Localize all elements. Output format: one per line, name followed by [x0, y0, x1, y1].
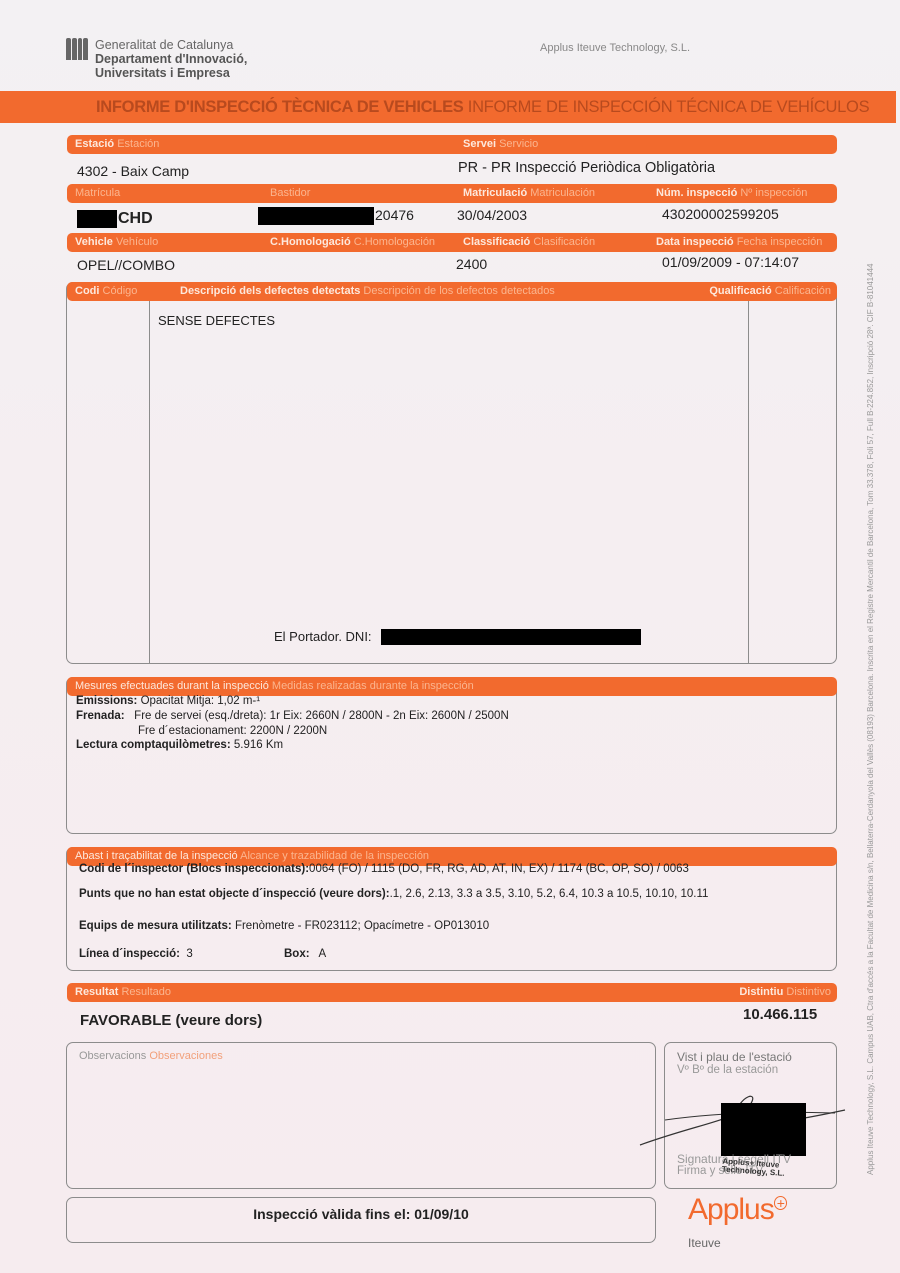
scope-label: Abast i traçabilitat de la inspecció [75, 850, 238, 862]
measurements-label-es: Medidas realizadas durante la inspección [272, 680, 474, 692]
plate-value: CHD [118, 210, 153, 228]
approval-line-1: Vist i plau de l'estació [677, 1050, 792, 1064]
badge-label: Distintiu [739, 986, 783, 998]
inspector-row: Codi de l´inspector (Blocs inspeccionats… [79, 863, 689, 875]
generalitat-logo-icon [66, 38, 88, 60]
vehicle-label-es: Vehículo [116, 236, 158, 248]
station-value: 4302 - Baix Camp [77, 163, 189, 179]
result-label-es: Resultado [121, 986, 171, 998]
plate-redaction [77, 210, 117, 228]
result-value: FAVORABLE (veure dors) [80, 1012, 262, 1029]
defects-box [66, 282, 837, 664]
vehicle-info-header: Vehicle Vehículo C.Homologació C.Homolog… [67, 233, 837, 252]
legal-notice-vertical: Applus Iteuve Technology, S.L. Campus UA… [866, 264, 875, 1175]
signature-redaction [721, 1103, 806, 1156]
description-label: Descripció dels defectes detectats [180, 285, 360, 297]
chassis-label: Bastidor [270, 187, 310, 199]
observations-box [66, 1042, 656, 1189]
not-inspected-value: .1, 2.6, 2.13, 3.3 a 3.5, 3.10, 5.2, 6.4… [390, 888, 709, 900]
chassis-value: 20476 [375, 207, 414, 223]
registration-value: 30/04/2003 [457, 207, 527, 223]
box-row: Box: A [284, 948, 326, 960]
service-label-es: Servicio [499, 138, 538, 150]
code-label: Codi [75, 285, 99, 297]
equipment-label: Equips de mesura utilitzats: [79, 920, 232, 932]
emissions-label: Emissions: [76, 695, 137, 707]
description-label-es: Descripción de los defectos detectados [363, 285, 554, 297]
qualification-label-es: Calificación [775, 285, 831, 297]
emissions-row: Emissions: Opacitat Mitja: 1,02 m-¹ [76, 695, 260, 707]
observations-label: Observacions Observaciones [79, 1050, 223, 1062]
classification-value: 2400 [456, 256, 487, 272]
measurements-label: Mesures efectuades durant la inspecció [75, 680, 269, 692]
station-label: Estació [75, 138, 114, 150]
government-department: Generalitat de Catalunya Departament d'I… [95, 38, 247, 80]
bearer-dni-redaction [381, 629, 641, 645]
badge-value: 10.466.115 [743, 1006, 817, 1023]
inspection-report-page: Generalitat de Catalunya Departament d'I… [0, 0, 900, 1273]
box-label: Box: [284, 948, 310, 960]
emissions-value: Opacitat Mitja: 1,02 m-¹ [141, 695, 261, 707]
company-name: Applus Iteuve Technology, S.L. [540, 42, 690, 54]
report-title-band: INFORME D'INSPECCIÓ TÈCNICA DE VEHICLES … [0, 91, 896, 123]
qualification-label: Qualificació [709, 285, 771, 297]
equipment-row: Equips de mesura utilitzats: Frenòmetre … [79, 920, 489, 932]
odometer-value: 5.916 Km [234, 739, 283, 751]
homologation-label: C.Homologació [270, 236, 351, 248]
code-column-divider [149, 301, 150, 664]
not-inspected-row: Punts que no han estat objecte d´inspecc… [79, 888, 708, 900]
inspection-date-label: Data inspecció [656, 236, 734, 248]
vehicle-label: Vehicle [75, 236, 113, 248]
validity-text: Inspecció vàlida fins el: 01/09/10 [66, 1206, 656, 1222]
homologation-label-es: C.Homologación [354, 236, 435, 248]
applus-sub-brand: Iteuve [688, 1236, 721, 1250]
gov-line-1: Generalitat de Catalunya [95, 38, 247, 52]
line-value: 3 [186, 948, 192, 960]
scope-label-es: Alcance y trazabilidad de la inspección [240, 850, 429, 862]
braking-service-value: Fre de servei (esq./dreta): 1r Eix: 2660… [134, 710, 509, 722]
braking-row: Frenada: Fre de servei (esq./dreta): 1r … [76, 710, 509, 722]
registration-label: Matriculació [463, 187, 527, 199]
title-catalan: INFORME D'INSPECCIÓ TÈCNICA DE VEHICLES [96, 98, 463, 116]
line-row: Línea d´inspecció: 3 [79, 948, 193, 960]
registration-label-es: Matriculación [530, 187, 595, 199]
result-label: Resultat [75, 986, 118, 998]
title-spanish: INFORME DE INSPECCIÓN TÉCNICA DE VEHÍCUL… [468, 98, 870, 116]
gov-line-3: Universitats i Empresa [95, 66, 247, 80]
plate-label: Matrícula [75, 187, 120, 199]
equipment-value: Frenòmetre - FR023112; Opacímetre - OP01… [235, 920, 489, 932]
inspector-value: 0064 (FO) / 1115 (DO, FR, RG, AD, AT, IN… [309, 863, 689, 875]
code-label-es: Código [103, 285, 138, 297]
plus-icon: + [774, 1196, 787, 1210]
inspection-number-label-es: Nº inspección [740, 187, 807, 199]
station-service-header: Estació Estación Servei Servicio [67, 135, 837, 154]
measurements-header: Mesures efectuades durant la inspecció M… [67, 677, 837, 696]
vehicle-value: OPEL//COMBO [77, 257, 175, 273]
service-label: Servei [463, 138, 496, 150]
station-label-es: Estación [117, 138, 159, 150]
approval-line-2: Vº Bº de la estación [677, 1064, 778, 1076]
defects-header: Codi Código Descripció dels defectes det… [67, 282, 837, 301]
not-inspected-label: Punts que no han estat objecte d´inspecc… [79, 888, 390, 900]
line-label: Línea d´inspecció: [79, 948, 180, 960]
service-value: PR - PR Inspecció Periòdica Obligatòria [458, 160, 715, 176]
odometer-row: Lectura comptaquilòmetres: 5.916 Km [76, 739, 283, 751]
defects-text: SENSE DEFECTES [158, 313, 275, 328]
chassis-redaction [258, 207, 374, 225]
inspector-label: Codi de l´inspector (Blocs inspeccionats… [79, 863, 309, 875]
applus-logo: Applus+ [688, 1193, 787, 1227]
classification-label-es: Clasificación [533, 236, 595, 248]
inspection-date-value: 01/09/2009 - 07:14:07 [662, 254, 799, 270]
bearer-label: El Portador. DNI: [274, 629, 372, 644]
inspection-date-label-es: Fecha inspección [737, 236, 823, 248]
inspection-number-label: Núm. inspecció [656, 187, 737, 199]
qualification-column-divider [748, 301, 749, 664]
odometer-label: Lectura comptaquilòmetres: [76, 739, 231, 751]
classification-label: Classificació [463, 236, 530, 248]
braking-label: Frenada: [76, 710, 125, 722]
inspection-number-value: 430200002599205 [662, 206, 779, 222]
vehicle-id-header: Matrícula Bastidor Matriculació Matricul… [67, 184, 837, 203]
parking-brake-value: Fre d´estacionament: 2200N / 2200N [138, 725, 327, 737]
badge-label-es: Distintivo [786, 986, 831, 998]
box-value: A [319, 948, 327, 960]
gov-line-2: Departament d'Innovació, [95, 52, 247, 66]
result-header: Resultat Resultado Distintiu Distintivo [67, 983, 837, 1002]
